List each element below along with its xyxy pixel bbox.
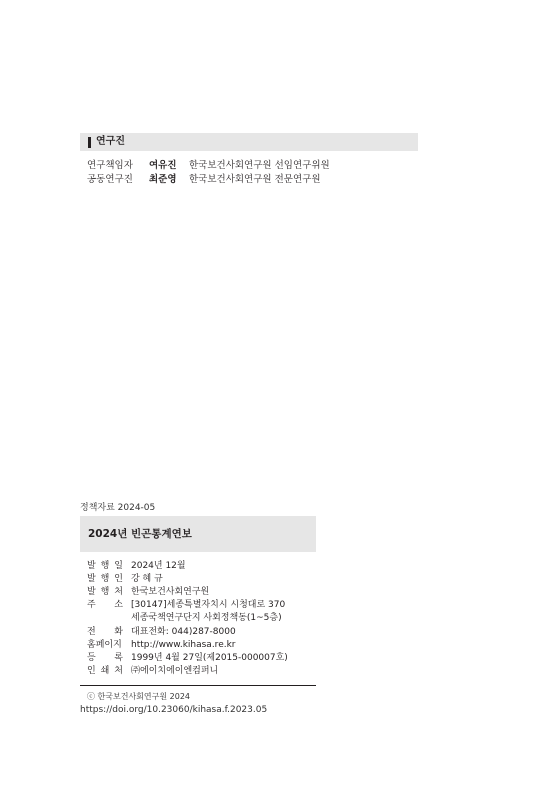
member-role: 연구책임자 bbox=[87, 159, 147, 173]
research-team-header: 연구진 bbox=[80, 133, 418, 151]
info-label: 인쇄처 bbox=[87, 665, 123, 678]
info-value: ㈜에이치에이엔컴퍼니 bbox=[131, 665, 218, 678]
info-value: 강 혜 규 bbox=[131, 573, 163, 586]
member-name: 여유진 bbox=[149, 159, 177, 173]
copyright-notice: ⓒ 한국보건사회연구원 2024 bbox=[87, 691, 190, 702]
info-label: 주소 bbox=[87, 599, 123, 612]
series-number: 정책자료 2024-05 bbox=[80, 502, 155, 514]
info-label: 발행인 bbox=[87, 573, 123, 586]
member-role: 공동연구진 bbox=[87, 173, 147, 187]
info-value: [30147]세종특별자치시 시청대로 370 bbox=[131, 599, 285, 612]
homepage-link[interactable]: http://www.kihasa.re.kr bbox=[131, 639, 236, 652]
section-marker-icon bbox=[88, 137, 91, 148]
info-value: 2024년 12월 bbox=[131, 560, 186, 573]
member-affiliation: 한국보건사회연구원 선임연구위원 bbox=[189, 159, 330, 173]
info-label: 홈페이지 bbox=[87, 639, 123, 652]
research-team-title: 연구진 bbox=[96, 135, 125, 149]
info-label: 전화 bbox=[87, 626, 123, 639]
info-value: 세종국책연구단지 사회정책동(1~5층) bbox=[131, 612, 282, 625]
divider bbox=[80, 685, 316, 686]
doi-link[interactable]: https://doi.org/10.23060/kihasa.f.2023.0… bbox=[80, 704, 267, 716]
member-affiliation: 한국보건사회연구원 전문연구원 bbox=[189, 173, 321, 187]
info-label: 발행일 bbox=[87, 560, 123, 573]
publication-title: 2024년 빈곤통계연보 bbox=[88, 527, 192, 541]
info-label: 발행처 bbox=[87, 586, 123, 599]
publication-title-box: 2024년 빈곤통계연보 bbox=[80, 516, 316, 552]
info-value: 대표전화: 044)287-8000 bbox=[131, 626, 236, 639]
info-label: 등록 bbox=[87, 652, 123, 665]
info-value: 1999년 4월 27일(제2015-000007호) bbox=[131, 652, 288, 665]
member-name: 최준영 bbox=[149, 173, 177, 187]
info-value: 한국보건사회연구원 bbox=[131, 586, 209, 599]
